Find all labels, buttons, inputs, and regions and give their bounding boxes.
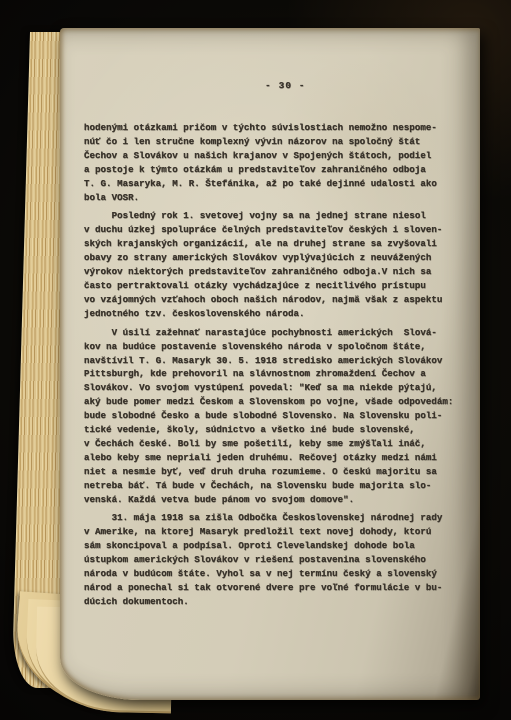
paragraph: 31. mája 1918 sa zišla Odbočka Českoslov… bbox=[84, 511, 462, 608]
paragraph: hodenými otázkami pričom v týchto súvisl… bbox=[84, 121, 462, 204]
book-scan-photo: - 30 - hodenými otázkami pričom v týchto… bbox=[0, 0, 511, 720]
page-number: - 30 - bbox=[265, 80, 306, 91]
page-text: hodenými otázkami pričom v týchto súvisl… bbox=[84, 121, 462, 614]
paragraph: V úsilí zažehnať narastajúce pochybnosti… bbox=[84, 326, 462, 507]
paragraph: Posledný rok 1. svetovej vojny sa na jed… bbox=[84, 209, 462, 320]
book-page: - 30 - hodenými otázkami pričom v týchto… bbox=[60, 28, 480, 700]
